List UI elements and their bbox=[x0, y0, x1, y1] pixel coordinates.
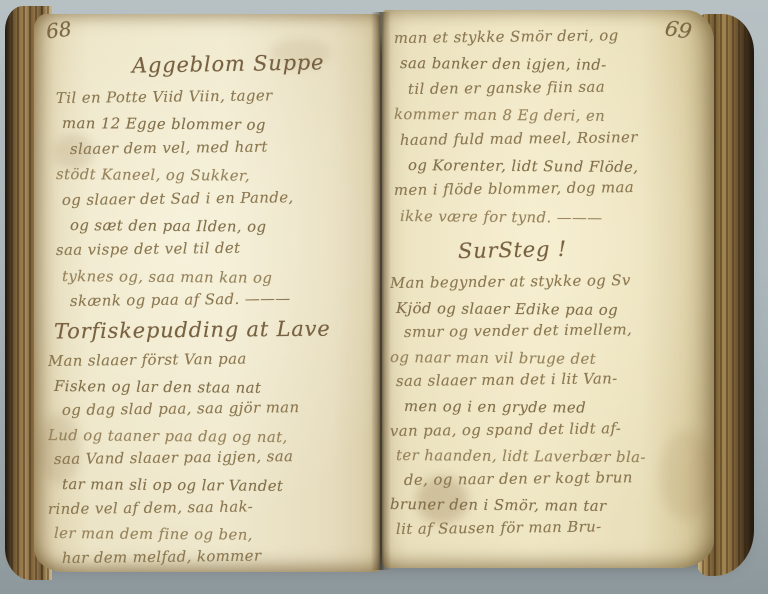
right-page: 69 man et stykke Smör deri, og saa banke… bbox=[382, 10, 714, 568]
manuscript-photo: 68 Aggeblom Suppe Til en Potte Viid Viin… bbox=[0, 0, 768, 594]
recipe-text-aggeblom-suppe: Til en Potte Viid Viin, tager man 12 Egg… bbox=[56, 86, 368, 318]
manuscript-line: smur og vender det imellem, bbox=[404, 317, 708, 345]
page-number-left: 68 bbox=[45, 17, 73, 44]
manuscript-line: og dag slad paa, saa gjör man bbox=[62, 395, 372, 423]
recipe-heading-torfiskepudding: Torfiskepudding at Lave bbox=[54, 317, 331, 344]
manuscript-line: lit af Sausen för man Bru- bbox=[396, 514, 708, 542]
manuscript-line: Man slaaer först Van paa bbox=[48, 350, 372, 375]
recipe-heading-aggeblom-suppe: Aggeblom Suppe bbox=[132, 50, 325, 77]
recipe-text-continuation: man et stykke Smör deri, og saa banker d… bbox=[394, 26, 706, 234]
manuscript-line: til den er ganske fiin saa bbox=[408, 73, 706, 102]
manuscript-line: man et stykke Smör deri, og bbox=[394, 26, 706, 51]
manuscript-line: skænk og paa af Sad. ——— bbox=[70, 286, 368, 315]
manuscript-line: saa slaaer man det i lit Van- bbox=[396, 367, 708, 395]
manuscript-line: saa vispe det vel til det bbox=[56, 235, 368, 264]
manuscript-line: haand fuld mad meel, Rosiner bbox=[400, 124, 706, 153]
manuscript-line: har dem melfad, kommer bbox=[62, 543, 372, 571]
manuscript-line: de, og naar den er kogt brun bbox=[404, 465, 708, 493]
manuscript-line: saa Vand slaaer paa igjen, saa bbox=[54, 444, 372, 472]
recipe-text-sursteg: Man begynder at stykke og Sv Kjöd og sla… bbox=[390, 272, 708, 548]
manuscript-line: van paa, og spand det lidt af- bbox=[390, 416, 708, 444]
left-page: 68 Aggeblom Suppe Til en Potte Viid Viin… bbox=[34, 14, 380, 572]
manuscript-line: men i flöde blommer, dog maa bbox=[394, 175, 706, 204]
manuscript-line: rinde vel af dem, saa hak- bbox=[48, 494, 372, 523]
manuscript-line: og slaaer det Sad i en Pande, bbox=[62, 184, 368, 213]
manuscript-line: ikke være for tynd. ——— bbox=[400, 204, 706, 232]
manuscript-line: slaaer dem vel, med hart bbox=[70, 133, 368, 162]
recipe-text-torfiskepudding: Man slaaer först Van paa Fisken og lar d… bbox=[48, 350, 372, 576]
gutter-shadow bbox=[371, 12, 391, 570]
manuscript-line: Til en Potte Viid Viin, tager bbox=[56, 86, 368, 111]
book-spread: 68 Aggeblom Suppe Til en Potte Viid Viin… bbox=[0, 0, 768, 594]
manuscript-line: Man begynder at stykke og Sv bbox=[390, 272, 708, 297]
recipe-heading-sursteg: SurSteg ! bbox=[458, 237, 567, 263]
